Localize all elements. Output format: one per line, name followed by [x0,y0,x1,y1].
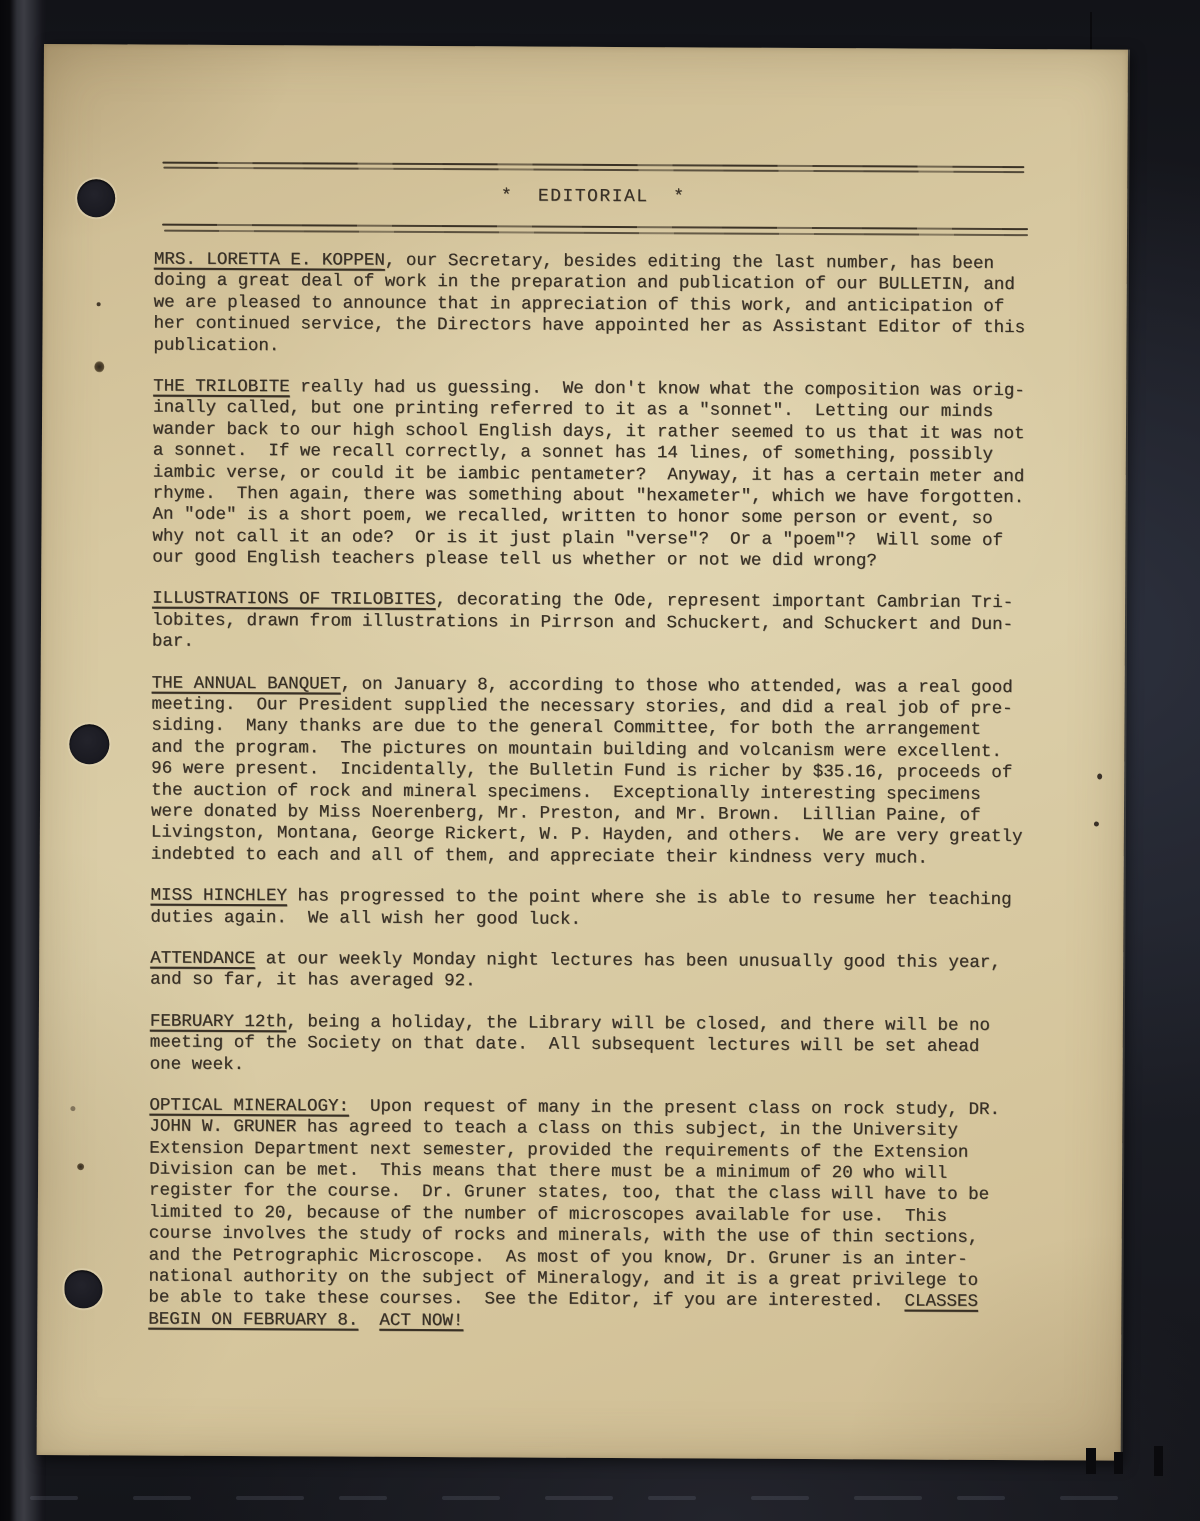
paper-speck [1094,822,1099,827]
text-line: and so far, it has averaged 92. [150,970,1080,996]
scan-artifact-dash [442,1496,500,1500]
punch-hole [64,1270,102,1308]
scan-artifact-dash [751,1496,809,1500]
header-rule-bottom [162,224,1028,231]
scan-artifact-dash [1060,1496,1118,1500]
punch-hole [69,724,109,764]
paper-speck [94,361,104,372]
paper-speck [70,1106,75,1111]
scan-artifact-dash [339,1496,387,1500]
scan-artifact-notch [1086,1448,1096,1474]
scan-artifact-dash [545,1496,613,1500]
paper-speck [77,1163,84,1170]
scan-artifact-notch [1114,1452,1123,1474]
paragraph: MRS. LORETTA E. KOPPEN, our Secretary, b… [153,250,1084,362]
paragraph: THE ANNUAL BANQUET, on January 8, accord… [151,673,1082,870]
scan-background: * EDITORIAL * MRS. LORETTA E. KOPPEN, ou… [0,0,1200,1521]
paragraph: OPTICAL MINERALOGY: Upon request of many… [148,1095,1079,1335]
punch-hole [77,179,115,217]
scan-artifact-dash [30,1496,78,1500]
scan-artifact-dash [236,1496,304,1500]
document-page: * EDITORIAL * MRS. LORETTA E. KOPPEN, ou… [37,44,1128,1461]
scan-artifact-pin [1090,12,1092,52]
header-rule-top-2 [163,167,1024,174]
paragraph: FEBRUARY 12th, being a holiday, the Libr… [150,1011,1080,1080]
paragraph: MISS HINCHLEY has progressed to the poin… [150,886,1080,934]
header-rule-bottom-2 [164,230,1028,237]
page-title: * EDITORIAL * [162,185,1024,210]
document-body: MRS. LORETTA E. KOPPEN, our Secretary, b… [148,250,1084,1356]
text-line: bar. [152,632,1082,658]
paragraph: ATTENDANCE at our weekly Monday night le… [150,949,1080,997]
scan-artifact-dash [648,1496,696,1500]
scan-artifact-dash [957,1496,1005,1500]
scan-artifact-notch [1154,1446,1163,1476]
paper-speck [97,302,101,306]
paper-speck [1097,774,1102,780]
paragraph: ILLUSTRATIONS OF TRILOBITES, decorating … [152,589,1082,658]
scan-artifact-dash [854,1496,922,1500]
scan-artifact-dash [133,1496,191,1500]
paragraph: THE TRILOBITE really had us guessing. We… [152,377,1083,574]
